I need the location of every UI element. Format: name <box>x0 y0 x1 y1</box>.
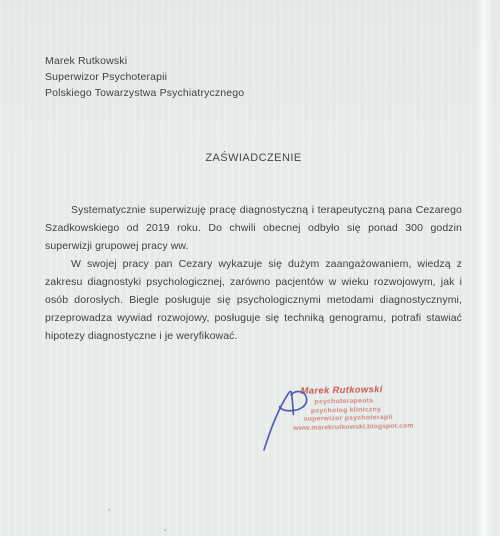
handwritten-signature <box>250 381 334 459</box>
paragraph-1: Systematycznie superwizuję pracę diagnos… <box>45 201 462 255</box>
scan-speck <box>164 529 166 531</box>
scanned-certificate-page: Marek Rutkowski Superwizor Psychoterapii… <box>0 0 500 536</box>
sender-title: Superwizor Psychoterapii <box>45 69 244 85</box>
paragraph-2: W swojej pracy pan Cezary wykazuje się d… <box>45 255 462 345</box>
sender-block: Marek Rutkowski Superwizor Psychoterapii… <box>45 53 244 101</box>
sender-name: Marek Rutkowski <box>45 53 244 69</box>
sender-organization: Polskiego Towarzystwa Psychiatrycznego <box>45 85 244 101</box>
document-title: ZAŚWIADCZENIE <box>45 152 462 164</box>
scan-edge-highlight <box>477 0 491 536</box>
scan-speck <box>108 509 110 511</box>
document-body: Systematycznie superwizuję pracę diagnos… <box>45 201 462 345</box>
